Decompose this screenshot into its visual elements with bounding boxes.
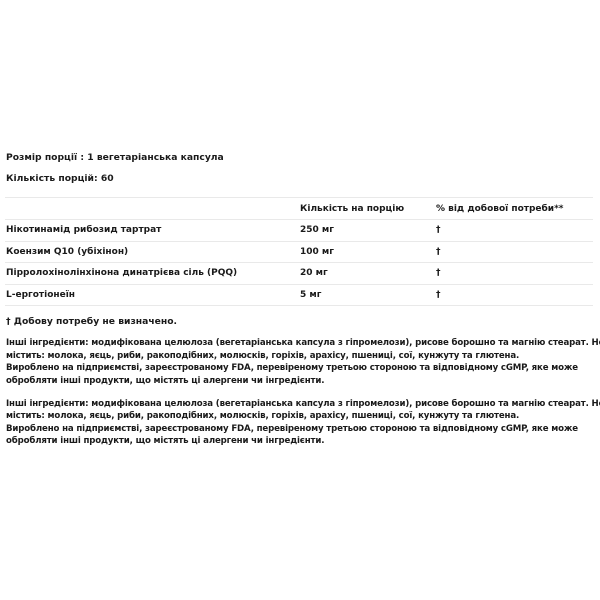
ingredient-daily-value: † — [435, 241, 593, 263]
table-row: Пірролохінолінхінона динатрієва сіль (PQ… — [5, 263, 593, 285]
paragraph-line: обробляти інші продукти, що містять ці а… — [6, 435, 594, 448]
ingredient-daily-value: † — [435, 263, 593, 285]
nutrition-table: Кількість на порцію % від добової потреб… — [5, 197, 593, 306]
ingredient-amount: 20 мг — [299, 263, 435, 285]
ingredient-name: Коензим Q10 (убіхінон) — [5, 241, 299, 263]
table-row: L-ерготіонеїн 5 мг † — [5, 284, 593, 306]
ingredient-name: L-ерготіонеїн — [5, 284, 299, 306]
table-row: Нікотинамід рибозид тартрат 250 мг † — [5, 220, 593, 242]
ingredient-name: Пірролохінолінхінона динатрієва сіль (PQ… — [5, 263, 299, 285]
header-amount: Кількість на порцію — [299, 198, 435, 220]
ingredient-daily-value: † — [435, 284, 593, 306]
paragraph-line: Інші інгредієнти: модифікована целюлоза … — [6, 398, 594, 411]
table-header-row: Кількість на порцію % від добової потреб… — [5, 198, 593, 220]
paragraph-line: Вироблено на підприємстві, зареєстровано… — [6, 362, 594, 375]
ingredient-amount: 100 мг — [299, 241, 435, 263]
ingredient-amount: 250 мг — [299, 220, 435, 242]
paragraph-line: містить: молока, яєць, риби, ракоподібни… — [6, 350, 594, 363]
ingredient-daily-value: † — [435, 220, 593, 242]
paragraph-line: Вироблено на підприємстві, зареєстровано… — [6, 423, 594, 436]
ingredient-name: Нікотинамід рибозид тартрат — [5, 220, 299, 242]
header-ingredient — [5, 198, 299, 220]
paragraph-line: Інші інгредієнти: модифікована целюлоза … — [6, 337, 594, 350]
other-ingredients-paragraph: Інші інгредієнти: модифікована целюлоза … — [6, 398, 594, 448]
servings-per-container: Кількість порцій: 60 — [6, 173, 594, 185]
daily-value-footnote: † Добову потребу не визначено. — [6, 316, 594, 328]
paragraph-line: містить: молока, яєць, риби, ракоподібни… — [6, 410, 594, 423]
paragraph-line: обробляти інші продукти, що містять ці а… — [6, 375, 594, 388]
table-row: Коензим Q10 (убіхінон) 100 мг † — [5, 241, 593, 263]
header-daily-value: % від добової потреби** — [435, 198, 593, 220]
other-ingredients-paragraph: Інші інгредієнти: модифікована целюлоза … — [6, 337, 594, 387]
supplement-facts: Розмір порції : 1 вегетаріанська капсула… — [6, 152, 594, 448]
serving-size: Розмір порції : 1 вегетаріанська капсула — [6, 152, 594, 164]
ingredient-amount: 5 мг — [299, 284, 435, 306]
